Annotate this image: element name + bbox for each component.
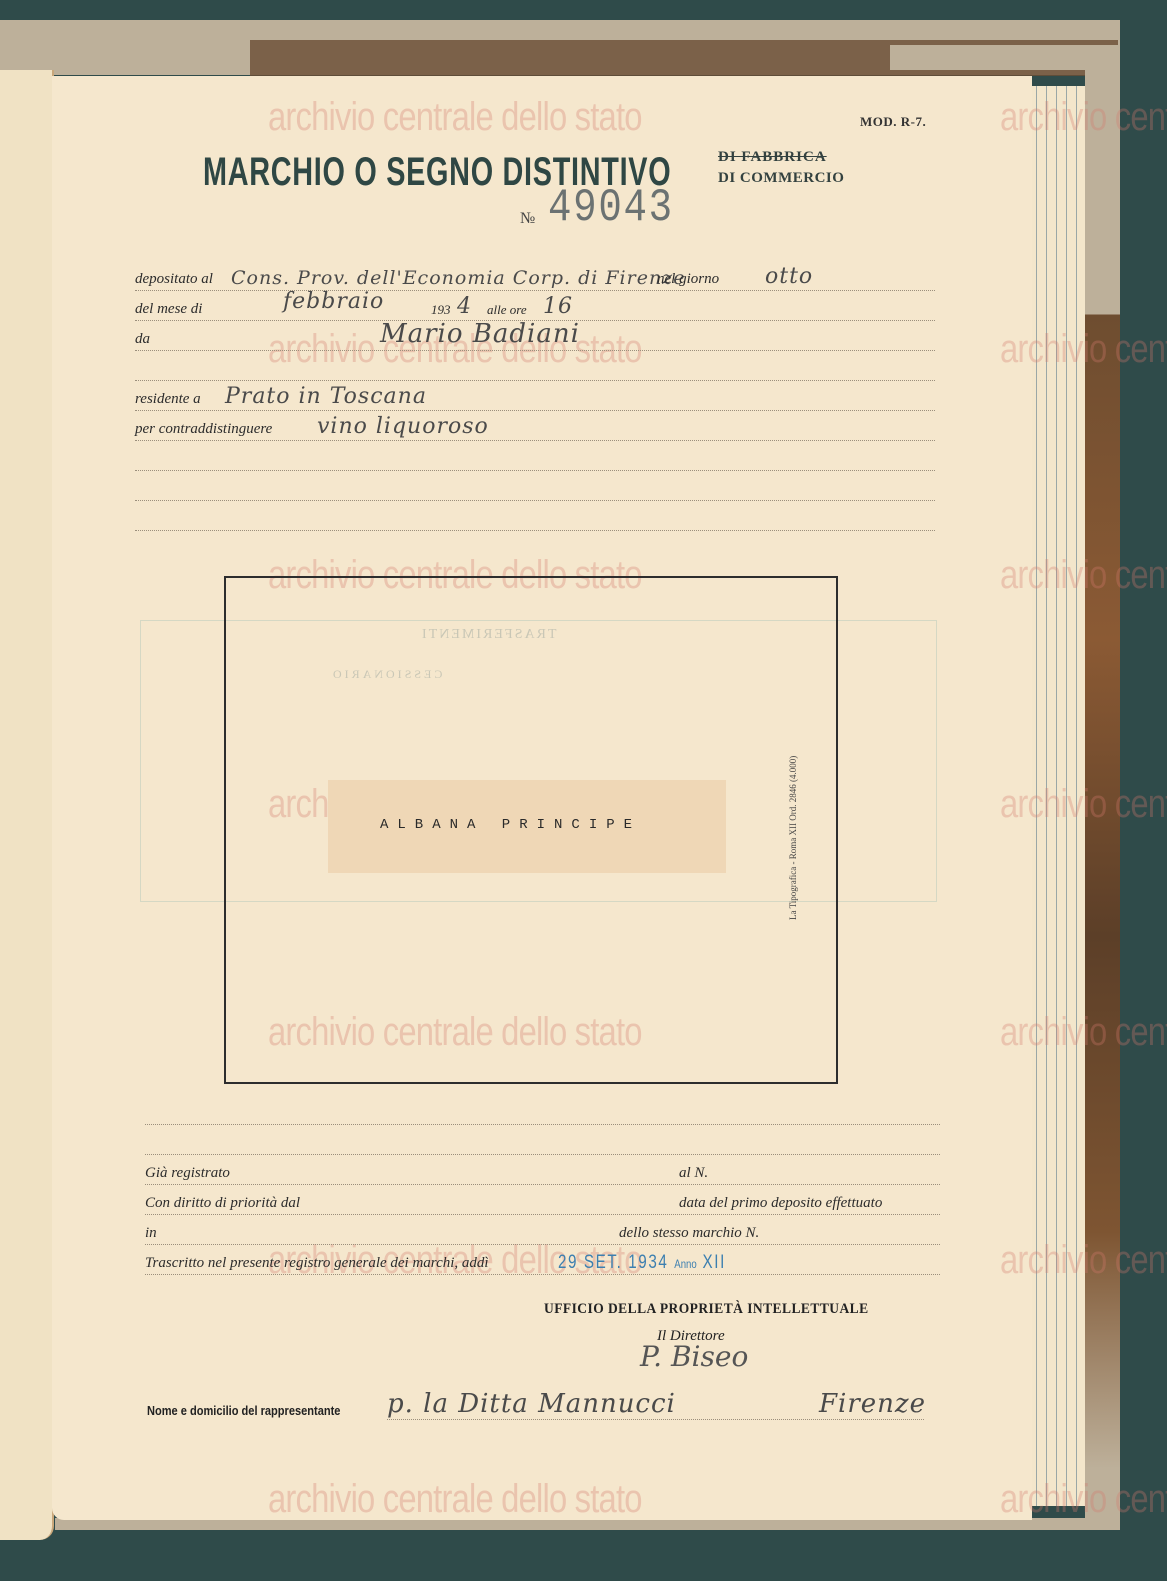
watermark: archivio centrale dello stato [1000, 95, 1167, 140]
stamp-date: 29 SET. 1934 [558, 1252, 668, 1273]
residence-value: Prato in Toscana [225, 384, 427, 409]
priority-row: Con diritto di priorità dal data del pri… [145, 1192, 940, 1215]
registered-row: Già registrato al N. [145, 1162, 940, 1185]
residence-label: residente a [135, 391, 201, 408]
blank-row [135, 508, 935, 531]
day-value: otto [765, 264, 813, 289]
month-value: febbraio [283, 289, 384, 314]
year-suffix: 4 [457, 294, 472, 319]
first-deposit-label: data del primo deposito effettuato [675, 1195, 886, 1212]
printer-note: La Tipografica - Roma XII Ord. 2846 (4.0… [788, 756, 798, 920]
same-mark-label: dello stesso marchio N. [615, 1225, 763, 1242]
representative-line [387, 1419, 924, 1420]
deposit-value: Cons. Prov. dell'Economia Corp. di Firen… [231, 267, 685, 289]
blank-row [135, 358, 935, 381]
transcribed-row: Trascritto nel presente registro general… [145, 1252, 940, 1275]
distinguish-label: per contraddistinguere [135, 421, 272, 438]
watermark: archivio centrale dello stato [1000, 782, 1167, 827]
watermark: archivio centrale dello stato [1000, 327, 1167, 372]
residence-row: residente a Prato in Toscana [135, 388, 935, 411]
watermark: archivio centrale dello stato [268, 95, 642, 140]
mark-label: ALBANA PRINCIPE [328, 780, 726, 873]
distinguish-row: per contraddistinguere vino liquoroso [135, 418, 935, 441]
from-value: Mario Badiani [380, 319, 580, 349]
month-label: del mese di [135, 301, 202, 318]
month-row: del mese di febbraio 193 4 alle ore 16 [135, 298, 935, 321]
priority-label: Con diritto di priorità dal [145, 1195, 300, 1212]
registration-number: 49043 [548, 182, 674, 234]
office-name: UFFICIO DELLA PROPRIETÀ INTELLETTUALE [544, 1301, 869, 1318]
model-code: MOD. R-7. [860, 114, 926, 130]
in-row: in dello stesso marchio N. [145, 1222, 940, 1245]
type-selected: DI COMMERCIO [718, 170, 844, 187]
type-struck: DI FABBRICA [718, 149, 827, 166]
distinguish-value: vino liquoroso [317, 414, 489, 439]
watermark: archivio centrale dello stato [1000, 553, 1167, 598]
date-stamp: 29 SET. 1934 Anno XII [558, 1252, 726, 1274]
from-label: da [135, 331, 150, 348]
watermark: archivio centrale dello stato [1000, 1477, 1167, 1522]
watermark: archivio centrale dello stato [1000, 1238, 1167, 1283]
at-no-label: al N. [675, 1165, 712, 1182]
hour-value: 16 [543, 294, 573, 319]
deposit-label: depositato al [135, 271, 213, 288]
year-prefix: 193 [431, 302, 451, 318]
in-label: in [145, 1225, 157, 1242]
previous-page-edge [0, 70, 54, 1540]
registered-label: Già registrato [145, 1165, 230, 1182]
hour-label: alle ore [487, 302, 527, 318]
mark-text: ALBANA PRINCIPE [380, 817, 641, 833]
blank-row [135, 448, 935, 471]
number-label: № [520, 210, 535, 228]
blank-row [135, 478, 935, 501]
from-row: da Mario Badiani [135, 328, 935, 351]
deposit-row: depositato al Cons. Prov. dell'Economia … [135, 268, 935, 291]
stamp-anno: Anno [674, 1257, 696, 1271]
representative-city: Firenze [819, 1389, 926, 1419]
stamp-year: XII [703, 1252, 726, 1273]
director-signature: P. Biseo [640, 1340, 748, 1373]
representative-value: p. la Ditta Mannucci [387, 1389, 676, 1419]
blank-row [145, 1132, 940, 1155]
representative-label: Nome e domicilio del rappresentante [147, 1403, 340, 1418]
watermark: archivio centrale dello stato [268, 1477, 642, 1522]
transcribed-label: Trascritto nel presente registro general… [145, 1255, 489, 1272]
blank-row [145, 1102, 940, 1125]
day-label: nel giorno [657, 271, 719, 288]
watermark: archivio centrale dello stato [1000, 1010, 1167, 1055]
representative-row: Nome e domicilio del rappresentante p. l… [147, 1398, 942, 1420]
